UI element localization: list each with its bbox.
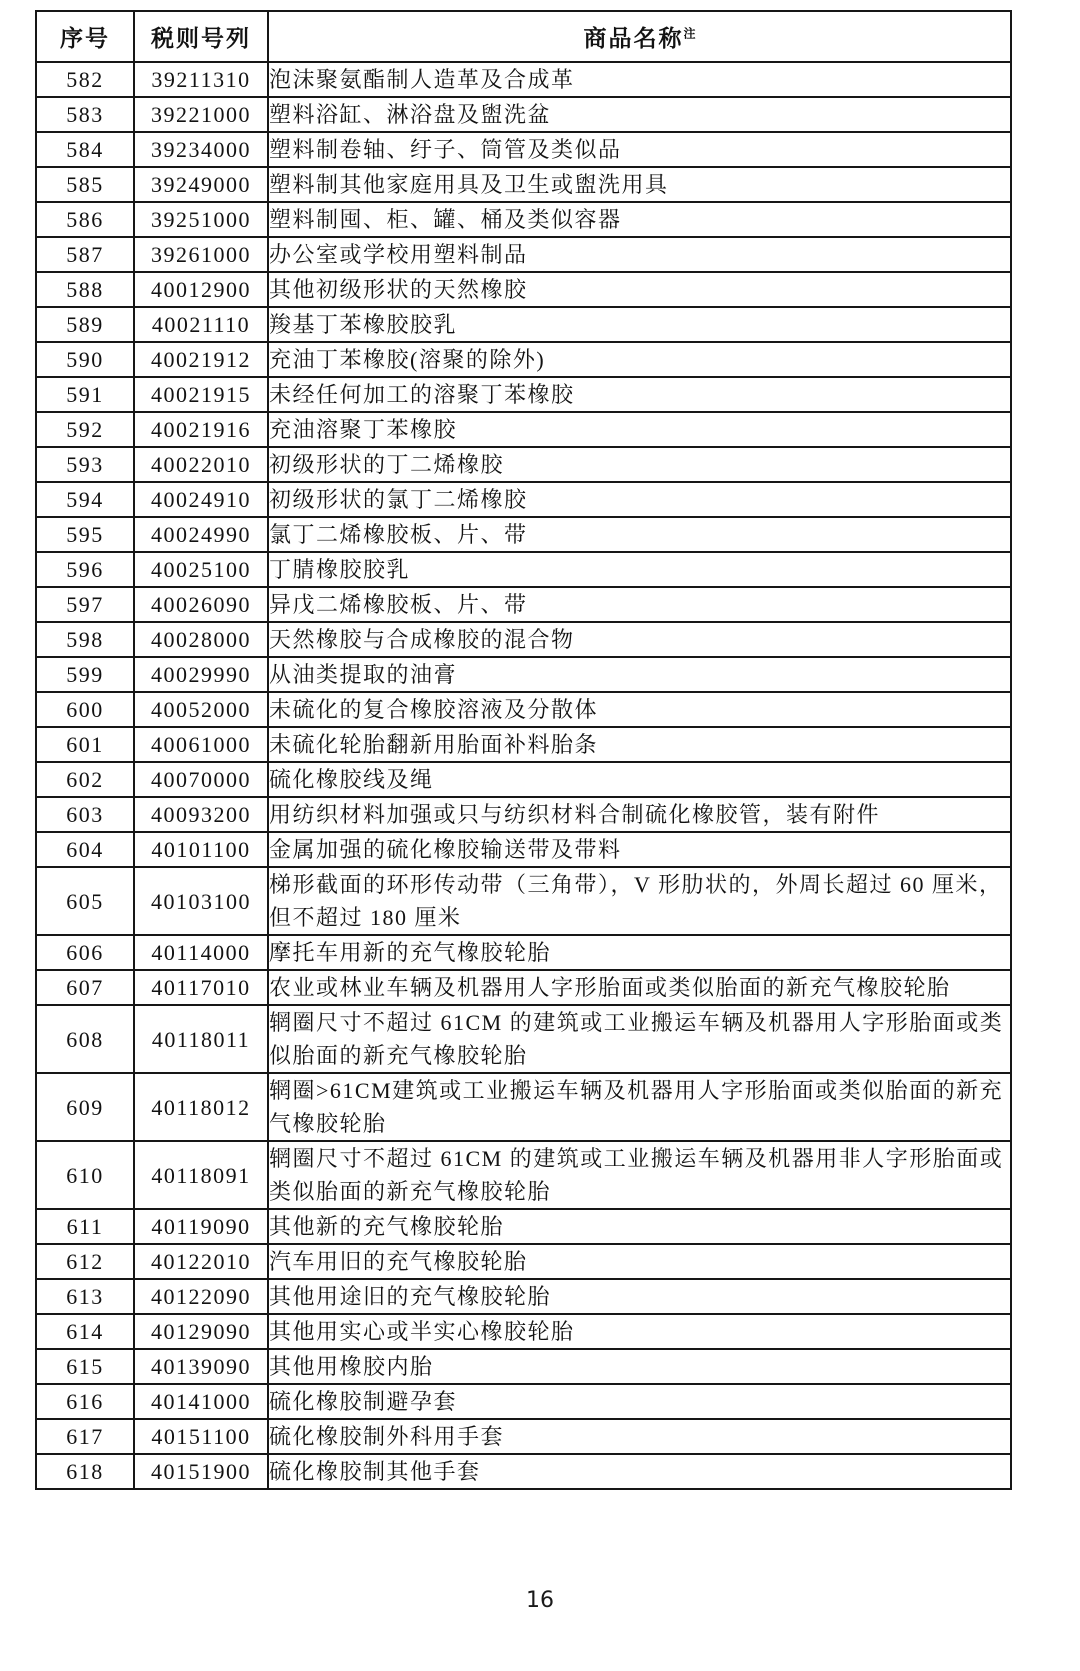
cell-serial: 599 [36,657,134,692]
table-row: 617 40151100 硫化橡胶制外科用手套 [36,1419,1011,1454]
cell-code: 40021916 [134,412,268,447]
cell-serial: 597 [36,587,134,622]
table-row: 586 39251000 塑料制囤、柜、罐、桶及类似容器 [36,202,1011,237]
cell-code: 39211310 [134,62,268,97]
cell-serial: 615 [36,1349,134,1384]
cell-name: 其他新的充气橡胶轮胎 [268,1209,1011,1244]
header-name: 商品名称注 [268,11,1011,62]
cell-code: 40151100 [134,1419,268,1454]
table-row: 616 40141000 硫化橡胶制避孕套 [36,1384,1011,1419]
table-row: 600 40052000 未硫化的复合橡胶溶液及分散体 [36,692,1011,727]
cell-serial: 616 [36,1384,134,1419]
cell-code: 40118091 [134,1141,268,1209]
cell-code: 39221000 [134,97,268,132]
cell-code: 40118012 [134,1073,268,1141]
cell-name: 未经任何加工的溶聚丁苯橡胶 [268,377,1011,412]
cell-name: 摩托车用新的充气橡胶轮胎 [268,935,1011,970]
cell-serial: 588 [36,272,134,307]
cell-code: 40103100 [134,867,268,935]
table-row: 587 39261000 办公室或学校用塑料制品 [36,237,1011,272]
cell-serial: 595 [36,517,134,552]
table-row: 604 40101100 金属加强的硫化橡胶输送带及带料 [36,832,1011,867]
header-row: 序号 税则号列 商品名称注 [36,11,1011,62]
cell-name: 农业或林业车辆及机器用人字形胎面或类似胎面的新充气橡胶轮胎 [268,970,1011,1005]
cell-serial: 583 [36,97,134,132]
cell-name: 塑料制其他家庭用具及卫生或盥洗用具 [268,167,1011,202]
cell-name: 丁腈橡胶胶乳 [268,552,1011,587]
table-row: 601 40061000 未硫化轮胎翻新用胎面补料胎条 [36,727,1011,762]
cell-name: 硫化橡胶线及绳 [268,762,1011,797]
cell-code: 39251000 [134,202,268,237]
table-row: 612 40122010 汽车用旧的充气橡胶轮胎 [36,1244,1011,1279]
cell-serial: 613 [36,1279,134,1314]
cell-code: 40012900 [134,272,268,307]
cell-code: 40026090 [134,587,268,622]
table-row: 591 40021915 未经任何加工的溶聚丁苯橡胶 [36,377,1011,412]
cell-name: 用纺织材料加强或只与纺织材料合制硫化橡胶管，装有附件 [268,797,1011,832]
cell-name: 汽车用旧的充气橡胶轮胎 [268,1244,1011,1279]
cell-serial: 589 [36,307,134,342]
cell-name: 其他用橡胶内胎 [268,1349,1011,1384]
cell-code: 40151900 [134,1454,268,1489]
header-name-label: 商品名称 [583,26,683,51]
cell-serial: 584 [36,132,134,167]
cell-serial: 614 [36,1314,134,1349]
cell-serial: 592 [36,412,134,447]
cell-code: 40024990 [134,517,268,552]
cell-code: 40022010 [134,447,268,482]
page-number: 16 [0,1588,1080,1613]
table-row: 615 40139090 其他用橡胶内胎 [36,1349,1011,1384]
cell-serial: 617 [36,1419,134,1454]
cell-code: 40093200 [134,797,268,832]
table-row: 582 39211310 泡沫聚氨酯制人造革及合成革 [36,62,1011,97]
cell-name: 未硫化轮胎翻新用胎面补料胎条 [268,727,1011,762]
cell-serial: 609 [36,1073,134,1141]
cell-serial: 596 [36,552,134,587]
cell-serial: 607 [36,970,134,1005]
cell-name: 辋圈尺寸不超过 61CM 的建筑或工业搬运车辆及机器用非人字形胎面或类似胎面的新… [268,1141,1011,1209]
table-row: 584 39234000 塑料制卷轴、纡子、筒管及类似品 [36,132,1011,167]
document-page: 序号 税则号列 商品名称注 582 39211310 泡沫聚氨酯制人造革及合成革… [0,0,1080,1671]
table-row: 596 40025100 丁腈橡胶胶乳 [36,552,1011,587]
cell-serial: 598 [36,622,134,657]
cell-name: 硫化橡胶制外科用手套 [268,1419,1011,1454]
header-code: 税则号列 [134,11,268,62]
cell-code: 39234000 [134,132,268,167]
cell-code: 39261000 [134,237,268,272]
cell-serial: 585 [36,167,134,202]
cell-code: 40101100 [134,832,268,867]
cell-serial: 612 [36,1244,134,1279]
table-row: 590 40021912 充油丁苯橡胶(溶聚的除外) [36,342,1011,377]
cell-name: 塑料浴缸、淋浴盘及盥洗盆 [268,97,1011,132]
table-row: 588 40012900 其他初级形状的天然橡胶 [36,272,1011,307]
cell-serial: 610 [36,1141,134,1209]
cell-code: 40021915 [134,377,268,412]
cell-name: 辋圈尺寸不超过 61CM 的建筑或工业搬运车辆及机器用人字形胎面或类似胎面的新充… [268,1005,1011,1073]
cell-serial: 593 [36,447,134,482]
table-row: 618 40151900 硫化橡胶制其他手套 [36,1454,1011,1489]
cell-name: 硫化橡胶制其他手套 [268,1454,1011,1489]
cell-code: 40021912 [134,342,268,377]
cell-name: 金属加强的硫化橡胶输送带及带料 [268,832,1011,867]
table-row: 594 40024910 初级形状的氯丁二烯橡胶 [36,482,1011,517]
table-row: 609 40118012 辋圈>61CM建筑或工业搬运车辆及机器用人字形胎面或类… [36,1073,1011,1141]
table-row: 589 40021110 羧基丁苯橡胶胶乳 [36,307,1011,342]
cell-serial: 601 [36,727,134,762]
cell-code: 40070000 [134,762,268,797]
table-row: 603 40093200 用纺织材料加强或只与纺织材料合制硫化橡胶管，装有附件 [36,797,1011,832]
cell-name: 辋圈>61CM建筑或工业搬运车辆及机器用人字形胎面或类似胎面的新充气橡胶轮胎 [268,1073,1011,1141]
table-row: 606 40114000 摩托车用新的充气橡胶轮胎 [36,935,1011,970]
cell-code: 40129090 [134,1314,268,1349]
table-row: 585 39249000 塑料制其他家庭用具及卫生或盥洗用具 [36,167,1011,202]
cell-name: 其他初级形状的天然橡胶 [268,272,1011,307]
table-body: 582 39211310 泡沫聚氨酯制人造革及合成革 583 39221000 … [36,62,1011,1489]
table-row: 583 39221000 塑料浴缸、淋浴盘及盥洗盆 [36,97,1011,132]
cell-code: 40028000 [134,622,268,657]
tariff-table: 序号 税则号列 商品名称注 582 39211310 泡沫聚氨酯制人造革及合成革… [35,10,1012,1490]
cell-name: 充油丁苯橡胶(溶聚的除外) [268,342,1011,377]
cell-code: 40119090 [134,1209,268,1244]
table-row: 607 40117010 农业或林业车辆及机器用人字形胎面或类似胎面的新充气橡胶… [36,970,1011,1005]
cell-code: 40114000 [134,935,268,970]
cell-name: 天然橡胶与合成橡胶的混合物 [268,622,1011,657]
cell-name: 充油溶聚丁苯橡胶 [268,412,1011,447]
table-row: 611 40119090 其他新的充气橡胶轮胎 [36,1209,1011,1244]
cell-serial: 586 [36,202,134,237]
cell-serial: 602 [36,762,134,797]
cell-code: 40061000 [134,727,268,762]
cell-name: 办公室或学校用塑料制品 [268,237,1011,272]
cell-serial: 594 [36,482,134,517]
cell-code: 40029990 [134,657,268,692]
table-row: 598 40028000 天然橡胶与合成橡胶的混合物 [36,622,1011,657]
cell-name: 塑料制囤、柜、罐、桶及类似容器 [268,202,1011,237]
cell-code: 40117010 [134,970,268,1005]
cell-code: 40021110 [134,307,268,342]
cell-name: 初级形状的氯丁二烯橡胶 [268,482,1011,517]
cell-serial: 618 [36,1454,134,1489]
cell-code: 39249000 [134,167,268,202]
cell-serial: 608 [36,1005,134,1073]
table-row: 614 40129090 其他用实心或半实心橡胶轮胎 [36,1314,1011,1349]
cell-code: 40122090 [134,1279,268,1314]
table-row: 595 40024990 氯丁二烯橡胶板、片、带 [36,517,1011,552]
cell-name: 未硫化的复合橡胶溶液及分散体 [268,692,1011,727]
cell-code: 40024910 [134,482,268,517]
cell-code: 40025100 [134,552,268,587]
cell-code: 40139090 [134,1349,268,1384]
cell-serial: 603 [36,797,134,832]
table-row: 593 40022010 初级形状的丁二烯橡胶 [36,447,1011,482]
table-row: 597 40026090 异戊二烯橡胶板、片、带 [36,587,1011,622]
cell-name: 初级形状的丁二烯橡胶 [268,447,1011,482]
table-row: 613 40122090 其他用途旧的充气橡胶轮胎 [36,1279,1011,1314]
header-serial: 序号 [36,11,134,62]
cell-name: 氯丁二烯橡胶板、片、带 [268,517,1011,552]
table-row: 592 40021916 充油溶聚丁苯橡胶 [36,412,1011,447]
cell-code: 40052000 [134,692,268,727]
cell-serial: 600 [36,692,134,727]
cell-serial: 582 [36,62,134,97]
cell-name: 从油类提取的油膏 [268,657,1011,692]
cell-name: 其他用途旧的充气橡胶轮胎 [268,1279,1011,1314]
cell-serial: 605 [36,867,134,935]
cell-serial: 591 [36,377,134,412]
table-row: 610 40118091 辋圈尺寸不超过 61CM 的建筑或工业搬运车辆及机器用… [36,1141,1011,1209]
cell-name: 异戊二烯橡胶板、片、带 [268,587,1011,622]
table-row: 602 40070000 硫化橡胶线及绳 [36,762,1011,797]
cell-serial: 604 [36,832,134,867]
cell-code: 40118011 [134,1005,268,1073]
cell-code: 40141000 [134,1384,268,1419]
cell-name: 梯形截面的环形传动带（三角带），V 形肋状的，外周长超过 60 厘米，但不超过 … [268,867,1011,935]
cell-serial: 587 [36,237,134,272]
cell-serial: 611 [36,1209,134,1244]
cell-name: 其他用实心或半实心橡胶轮胎 [268,1314,1011,1349]
cell-name: 硫化橡胶制避孕套 [268,1384,1011,1419]
table-row: 599 40029990 从油类提取的油膏 [36,657,1011,692]
cell-code: 40122010 [134,1244,268,1279]
table-header: 序号 税则号列 商品名称注 [36,11,1011,62]
header-name-note: 注 [683,26,695,40]
table-row: 608 40118011 辋圈尺寸不超过 61CM 的建筑或工业搬运车辆及机器用… [36,1005,1011,1073]
cell-name: 塑料制卷轴、纡子、筒管及类似品 [268,132,1011,167]
cell-name: 泡沫聚氨酯制人造革及合成革 [268,62,1011,97]
cell-serial: 606 [36,935,134,970]
cell-name: 羧基丁苯橡胶胶乳 [268,307,1011,342]
table-row: 605 40103100 梯形截面的环形传动带（三角带），V 形肋状的，外周长超… [36,867,1011,935]
cell-serial: 590 [36,342,134,377]
